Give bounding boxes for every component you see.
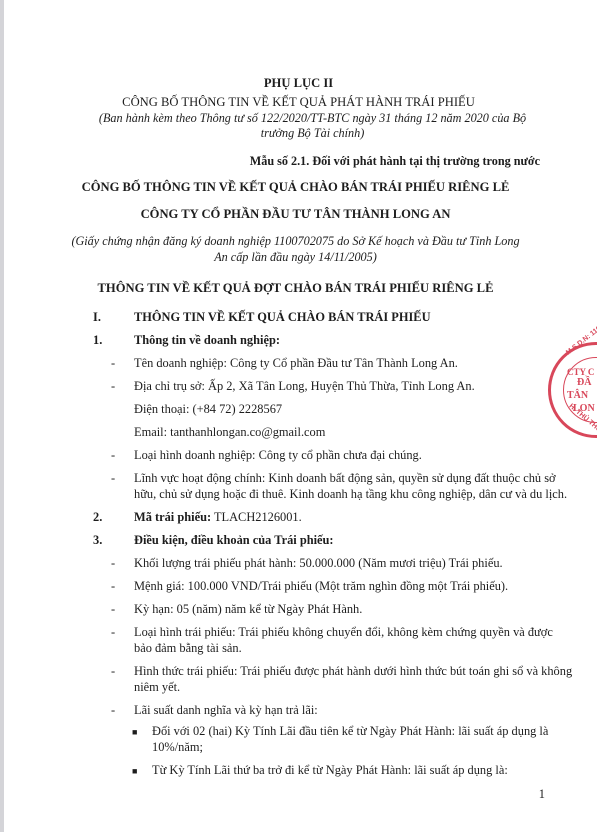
announcement-title: CÔNG BỐ THÔNG TIN VỀ KẾT QUẢ CHÀO BÁN TR… — [0, 180, 594, 195]
stamp-text-line-4: LON — [573, 403, 595, 414]
interest-bullet-2: Từ Kỳ Tính Lãi thứ ba trở đi kể từ Ngày … — [152, 763, 508, 778]
company-type-line: Loại hình doanh nghiệp: Công ty cổ phần … — [134, 448, 422, 463]
email-line: Email: tanthanhlongan.co@gmail.com — [134, 425, 325, 440]
form-label: Mẫu số 2.1. Đối với phát hành tại thị tr… — [250, 154, 540, 169]
stamp-text-line-3: TÂN — [567, 390, 588, 401]
document-page: PHỤ LỤC II CÔNG BỐ THÔNG TIN VỀ KẾT QUẢ … — [0, 0, 597, 832]
dash-marker: - — [111, 664, 115, 679]
bond-type-line-2: bảo đảm bằng tài sản. — [134, 641, 242, 656]
section-number: I. — [93, 310, 101, 325]
item-3-title: Điều kiện, điều khoản của Trái phiếu: — [134, 533, 334, 548]
interest-bullet-1-line-1: Đối với 02 (hai) Kỳ Tính Lãi đầu tiên kể… — [152, 724, 548, 739]
bond-form-line-2: niêm yết. — [134, 680, 180, 695]
bond-volume-line: Khối lượng trái phiếu phát hành: 50.000.… — [134, 556, 503, 571]
item-3-number: 3. — [93, 533, 102, 548]
bullet-marker: ■ — [132, 766, 137, 776]
registration-line-2: An cấp lần đầu ngày 14/11/2005) — [0, 250, 594, 265]
business-line-2: hữu, chủ sử dụng hoặc đi thuê. Kinh doan… — [134, 487, 567, 502]
dash-marker: - — [111, 471, 115, 486]
bond-code-line: Mã trái phiếu: TLACH2126001. — [134, 510, 302, 525]
item-1-title: Thông tin về doanh nghiệp: — [134, 333, 280, 348]
bond-code-label: Mã trái phiếu: — [134, 510, 211, 524]
stamp-text-line-1: CTY C — [567, 367, 594, 377]
dash-marker: - — [111, 379, 115, 394]
registration-line-1: (Giấy chứng nhận đăng ký doanh nghiệp 11… — [0, 234, 594, 249]
company-name-line: Tên doanh nghiệp: Công ty Cổ phần Đầu tư… — [134, 356, 458, 371]
bond-code-value: TLACH2126001. — [211, 510, 302, 524]
phone-line: Điện thoại: (+84 72) 2228567 — [134, 402, 282, 417]
page-number: 1 — [539, 787, 545, 802]
bond-form-line-1: Hình thức trái phiếu: Trái phiếu được ph… — [134, 664, 572, 679]
term-line: Kỳ hạn: 05 (năm) năm kể từ Ngày Phát Hàn… — [134, 602, 362, 617]
appendix-title: PHỤ LỤC II — [0, 76, 597, 91]
dash-marker: - — [111, 579, 115, 594]
bond-type-line-1: Loại hình trái phiếu: Trái phiếu không c… — [134, 625, 553, 640]
section-title: THÔNG TIN VỀ KẾT QUẢ CHÀO BÁN TRÁI PHIẾU — [134, 310, 431, 325]
interest-bullet-1-line-2: 10%/năm; — [152, 740, 203, 755]
document-title: CÔNG BỐ THÔNG TIN VỀ KẾT QUẢ PHÁT HÀNH T… — [0, 95, 597, 110]
item-1-number: 1. — [93, 333, 102, 348]
bullet-marker: ■ — [132, 727, 137, 737]
stamp-text-line-2: ĐẦ — [577, 377, 591, 388]
dash-marker: - — [111, 556, 115, 571]
dash-marker: - — [111, 356, 115, 371]
company-name: CÔNG TY CỔ PHẦN ĐẦU TƯ TÂN THÀNH LONG AN — [0, 207, 594, 222]
info-title: THÔNG TIN VỀ KẾT QUẢ ĐỢT CHÀO BÁN TRÁI P… — [0, 281, 594, 296]
dash-marker: - — [111, 448, 115, 463]
dash-marker: - — [111, 703, 115, 718]
item-2-number: 2. — [93, 510, 102, 525]
company-seal-stamp: M.S.D.N: 1100 H. THỦ THỪ CTY C ĐẦ TÂN LO… — [548, 342, 597, 438]
interest-rate-line: Lãi suất danh nghĩa và kỳ hạn trả lãi: — [134, 703, 318, 718]
subtitle-line-1: (Ban hành kèm theo Thông tư số 122/2020/… — [14, 111, 597, 126]
par-value-line: Mệnh giá: 100.000 VND/Trái phiếu (Một tr… — [134, 579, 508, 594]
business-line-1: Lĩnh vực hoạt động chính: Kinh doanh bất… — [134, 471, 556, 486]
stamp-ring-text: M.S.D.N: 1100 — [565, 323, 597, 357]
subtitle-line-2: trưởng Bộ Tài chính) — [14, 126, 597, 141]
dash-marker: - — [111, 602, 115, 617]
dash-marker: - — [111, 625, 115, 640]
address-line: Địa chỉ trụ sở: Ấp 2, Xã Tân Long, Huyện… — [134, 379, 475, 394]
